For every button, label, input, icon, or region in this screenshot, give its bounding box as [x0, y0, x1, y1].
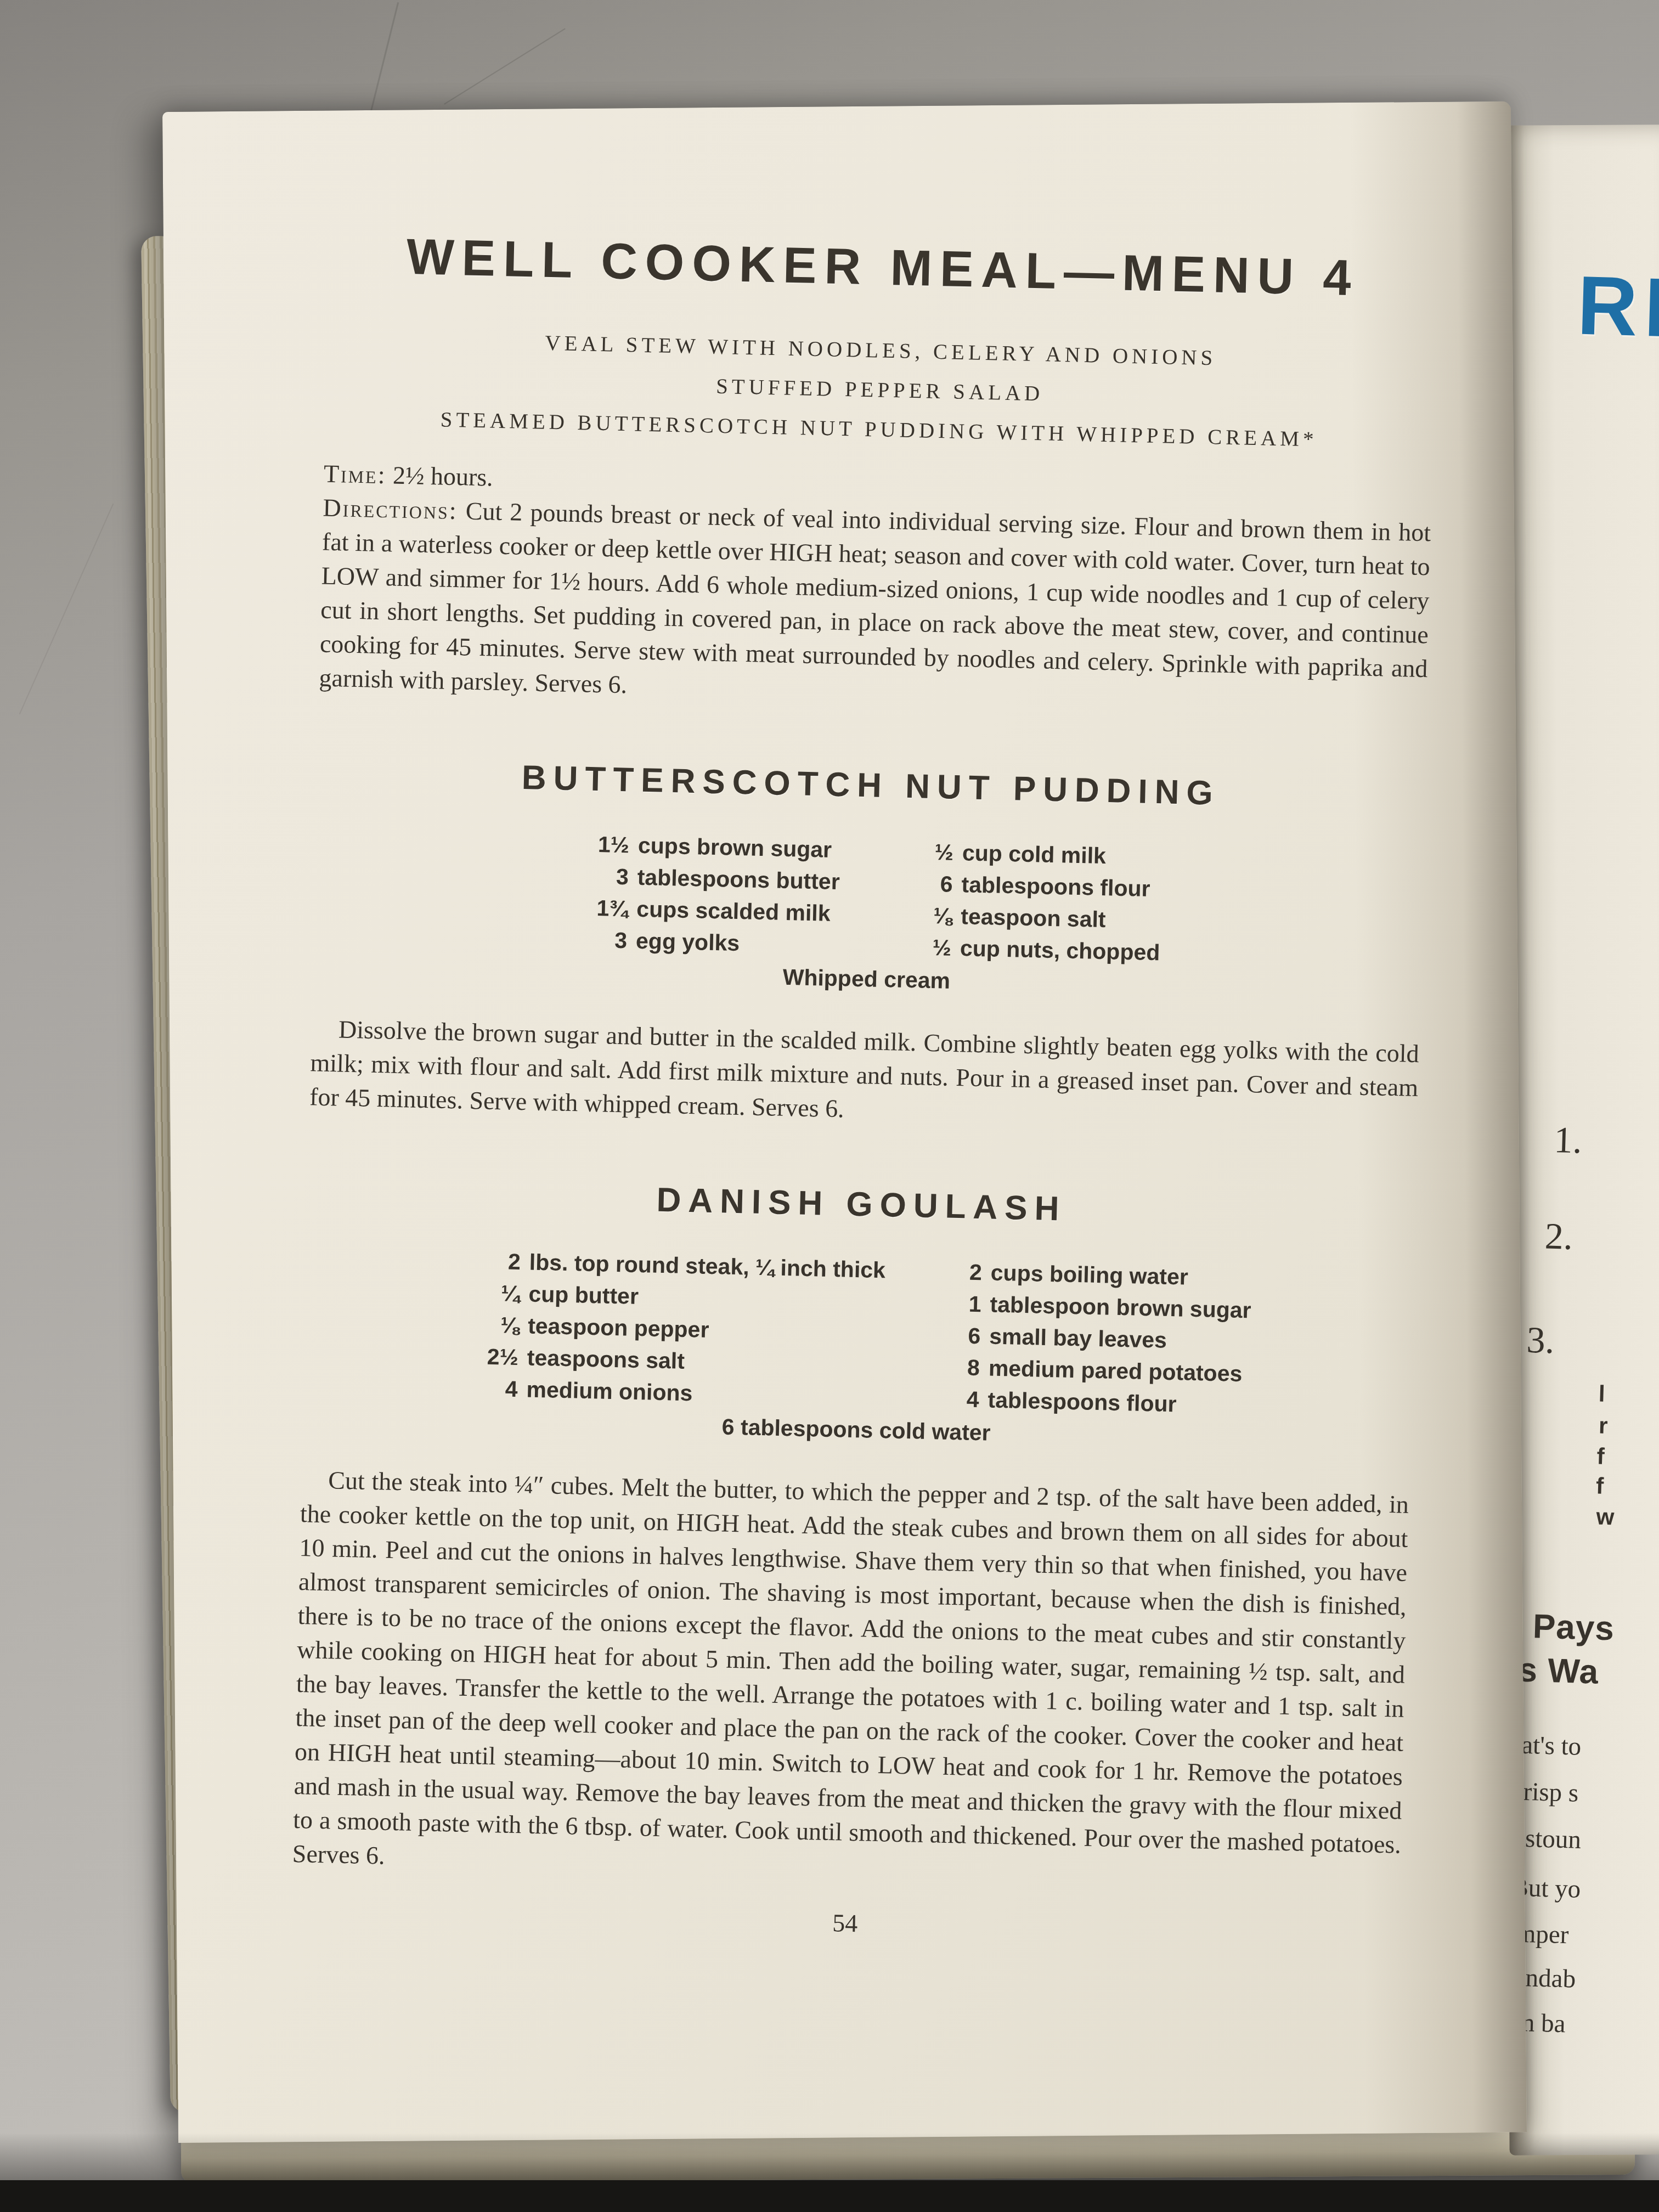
ingredient-columns: 2lbs. top round steak, ¼ inch thick ¼cup… [303, 1241, 1414, 1425]
page-number: 54 [291, 1894, 1400, 1953]
directions-label: Directions: [323, 494, 458, 525]
photo-background: RE 1. 2. 3. l r f f w It Pays Its Wa wha… [0, 0, 1659, 2212]
table-edge-shadow [0, 2133, 1659, 2180]
ingredient-column-right: ½cup cold milk 6tablespoons flour ⅛teasp… [898, 836, 1163, 969]
ingredient: ⅛teaspoon salt [899, 899, 1161, 937]
menu-title: WELL COOKER MEAL—MENU 4 [328, 230, 1437, 306]
directions-text: Cut 2 pounds breast or neck of veal into… [319, 496, 1431, 698]
list-number-1: 1. [1554, 1121, 1583, 1159]
left-page-content: WELL COOKER MEAL—MENU 4 VEAL STEW WITH N… [143, 92, 1537, 2153]
recipe-directions-pudding: Dissolve the brown sugar and butter in t… [309, 1012, 1420, 1139]
ingredient: ½cup nuts, chopped [898, 931, 1160, 969]
ingredient-column-left: 1½cups brown sugar 3tablespoons butter 1… [574, 828, 840, 961]
recipe-directions-goulash: Cut the steak into ¼″ cubes. Melt the bu… [292, 1463, 1409, 1896]
line-fragment: l [1598, 1382, 1605, 1405]
time-value: 2½ hours. [392, 461, 493, 491]
ingredient: 3egg yolks [574, 923, 838, 961]
ingredient: 1½cups brown sugar [576, 828, 840, 866]
line-fragment: r [1599, 1414, 1609, 1437]
line-fragment: f [1596, 1444, 1605, 1468]
ingredient-column-left: 2lbs. top round steak, ¼ inch thick ¼cup… [465, 1245, 886, 1413]
left-page: WELL COOKER MEAL—MENU 4 VEAL STEW WITH N… [162, 101, 1527, 2143]
surface-scratch [19, 504, 114, 715]
right-page-title-fragment: RE [1576, 258, 1659, 357]
ingredient: 6tablespoons flour [900, 867, 1162, 905]
menu-directions: Directions: Cut 2 pounds breast or neck … [319, 491, 1431, 720]
recipe-title-danish-goulash: DANISH GOULASH [307, 1175, 1416, 1234]
list-number-3: 3. [1526, 1321, 1555, 1359]
ingredient: ½cup cold milk [900, 836, 1163, 873]
ingredient: 3tablespoons butter [575, 860, 840, 898]
ingredient: 1¾cups scalded milk [575, 891, 839, 929]
table-edge [0, 2180, 1659, 2212]
ingredient-column-right: 2cups boiling water 1tablespoon brown su… [926, 1255, 1252, 1421]
recipe-title-butterscotch-nut-pudding: BUTTERSCOTCH NUT PUDDING [317, 756, 1425, 815]
time-label: Time: [323, 460, 387, 489]
ingredient-columns: 1½cups brown sugar 3tablespoons butter 1… [313, 822, 1424, 974]
list-number-2: 2. [1544, 1217, 1573, 1255]
line-fragment: w [1596, 1505, 1615, 1528]
surface-scratch [444, 28, 566, 104]
line-fragment: f [1596, 1474, 1604, 1497]
